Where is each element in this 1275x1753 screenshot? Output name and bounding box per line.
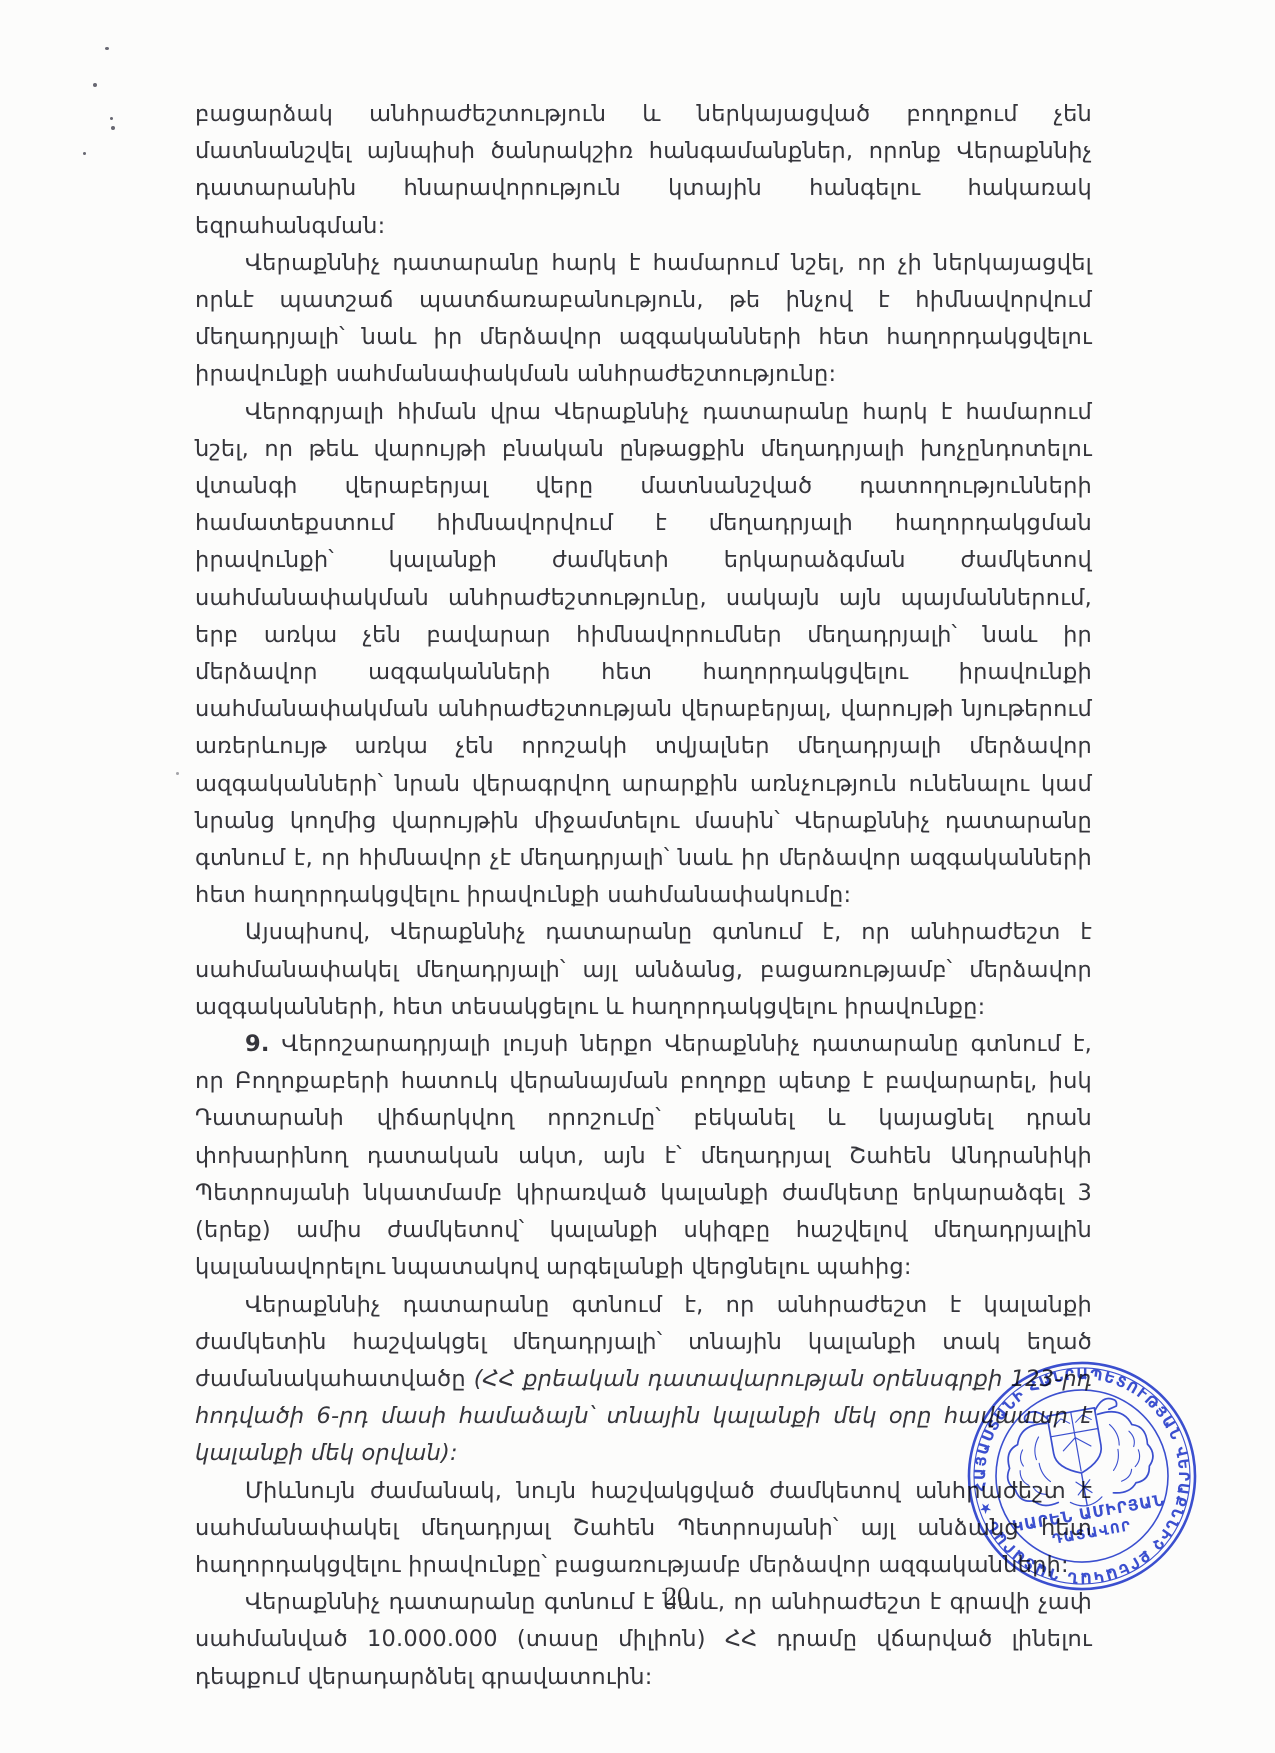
scan-speck <box>93 83 97 87</box>
paragraph: Վերաքննիչ դատարանը հարկ է համարում նշել,… <box>195 245 1092 394</box>
scan-speck <box>110 117 113 120</box>
paragraph: բացարձակ անհրաժեշտություն և ներկայացված … <box>195 96 1092 245</box>
text-segment: 9. <box>245 1031 270 1057</box>
page-number: 20 <box>664 1582 690 1612</box>
paragraph: 9. Վերոշարադրյալի լույսի ներքո Վերաքննիչ… <box>195 1026 1092 1286</box>
judge-seal-stamp: ՀԱՅԱՍՏԱՆԻ ՀԱՆՐԱՊԵՏՈՒԹՅԱՆ ՎԵՐԱՔՆՆԻՉ ՔՐԵԱԿ… <box>943 1337 1221 1615</box>
paragraph: Այսպիսով, Վերաքննիչ դատարանը գտնում է, ո… <box>195 914 1092 1026</box>
text-segment: Վերոշարադրյալի լույսի ներքո Վերաքննիչ դա… <box>195 1031 1092 1280</box>
text-segment: Վերոգրյալի հիման վրա Վերաքննիչ դատարանը … <box>195 399 1092 909</box>
scan-speck <box>105 47 109 50</box>
paragraph: Վերաքննիչ դատարանը գտնում է նաև, որ անհր… <box>195 1584 1092 1696</box>
text-segment: Վերաքննիչ դատարանը հարկ է համարում նշել,… <box>195 250 1092 388</box>
text-segment: Միևնույն ժամանակ, նույն հաշվակցված ժամկե… <box>195 1478 1092 1578</box>
scan-speck <box>83 152 86 155</box>
paragraph: Միևնույն ժամանակ, նույն հաշվակցված ժամկե… <box>195 1473 1092 1585</box>
text-segment: Այսպիսով, Վերաքննիչ դատարանը գտնում է, ո… <box>195 919 1092 1019</box>
scan-speck <box>111 126 115 130</box>
text-segment: Վերաքննիչ դատարանը գտնում է նաև, որ անհր… <box>195 1589 1092 1689</box>
text-segment: բացարձակ անհրաժեշտություն և ներկայացված … <box>195 101 1092 239</box>
scan-speck <box>176 772 179 775</box>
scanned-document-page: բացարձակ անհրաժեշտություն և ներկայացված … <box>0 0 1275 1753</box>
paragraph: Վերոգրյալի հիման վրա Վերաքննիչ դատարանը … <box>195 394 1092 915</box>
